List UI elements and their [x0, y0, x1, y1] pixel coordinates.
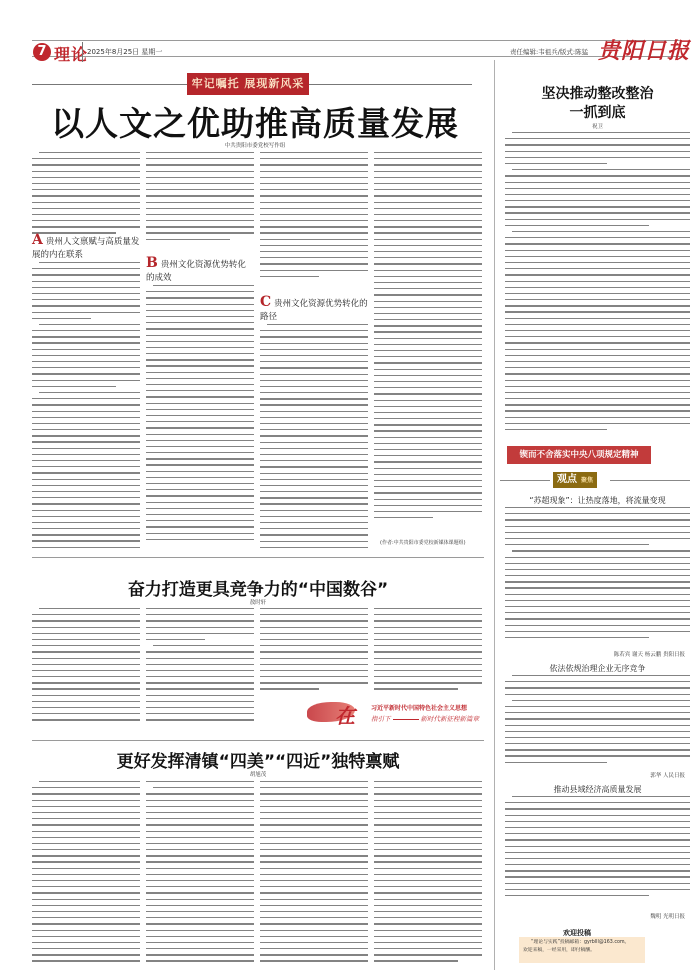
qingzhen-col1	[32, 781, 140, 971]
viewpoint-article3-title: 推动县域经济高质量发展	[505, 784, 690, 795]
viewpoint-article3-authors: 魏明 光明日报	[505, 912, 685, 920]
viewpoint-article3-body	[505, 796, 690, 911]
digital-col2	[146, 608, 254, 723]
promo-banner: 在 习近平新时代中国特色社会主义思想 指引下新时代新征程新篇章	[305, 700, 495, 728]
viewpoint-article2-authors: 郭华 人民日报	[505, 771, 685, 779]
contribution-box: “理论与实践”投稿邮箱：gyrblll@163.com。 欢迎来稿，一经采用，即…	[519, 937, 645, 963]
issue-date: 2025年8月25日 星期一	[87, 47, 162, 57]
qingzhen-col4	[374, 781, 482, 971]
right-rail-divider	[494, 60, 495, 970]
lead-headline: 以人文之优助推高质量发展	[40, 98, 470, 145]
qingzhen-byline: 胡旭茂	[32, 770, 484, 778]
promo-line2: 指引下新时代新征程新篇章	[371, 714, 479, 723]
viewpoint-rule-right	[610, 480, 690, 481]
lead-subhead-c: C贵州文化资源优势转化的路径	[260, 294, 368, 324]
viewpoint-article1-authors: 陈若宾 谢天 杨云鹏 贵阳日报	[505, 650, 685, 658]
kicker-banner: 牢记嘱托 展现新风采	[187, 73, 309, 95]
viewpoint-article1-title: “苏超现象”：让热度落地，将流量变现	[505, 495, 690, 506]
masthead-separator	[82, 42, 83, 62]
viewpoint-rule-left	[500, 480, 550, 481]
right-article-headline-1: 坚决推动整改整治	[505, 83, 690, 103]
lead-col4-body	[374, 152, 482, 537]
lead-bottom-rule	[32, 557, 484, 558]
lead-col3-body	[260, 324, 368, 554]
right-article-byline: 祝卫	[505, 122, 690, 130]
viewpoint-tag: 观点聚焦	[553, 472, 597, 488]
lead-col3-top	[260, 152, 368, 292]
qingzhen-headline: 更好发挥清镇“四美”“四近”独特禀赋	[32, 747, 484, 772]
lead-col1-body	[32, 262, 140, 552]
promo-big-char: 在	[335, 700, 355, 729]
right-article-headline-2: 一抓到底	[505, 102, 690, 122]
right-article-body	[505, 132, 690, 437]
campaign-banner: 锲而不舍落实中央八项规定精神	[507, 446, 651, 464]
page-number-badge: 7	[33, 43, 51, 61]
contribution-note-line: 欢迎来稿，一经采用，即付稿酬。	[523, 947, 641, 955]
digital-byline: 敖时轩	[32, 598, 484, 606]
lead-closing-note: (作者:中共贵阳市委党校新媒体课题组)	[380, 539, 466, 546]
viewpoint-article1-body	[505, 507, 690, 647]
lead-col2-top	[146, 152, 254, 252]
contribution-email-line: “理论与实践”投稿邮箱：gyrblll@163.com。	[523, 939, 641, 947]
digital-col4	[374, 608, 482, 696]
editor-credit: 责任编辑:韦祖兵/版式:陈猛	[510, 47, 588, 56]
lead-subhead-a: A贵州人文禀赋与高质量发展的内在联系	[32, 232, 140, 262]
qingzhen-col2	[146, 781, 254, 971]
masthead-top-rule	[32, 40, 682, 41]
viewpoint-article2-body	[505, 675, 690, 770]
lead-col2-body	[146, 285, 254, 553]
digital-col3	[260, 608, 368, 696]
viewpoint-article2-title: 依法依规治理企业无序竞争	[505, 663, 690, 674]
digital-bottom-rule	[32, 740, 484, 741]
promo-line1: 习近平新时代中国特色社会主义思想	[371, 703, 467, 712]
newspaper-logo: 贵阳日报	[598, 34, 690, 65]
digital-col1	[32, 608, 140, 723]
lead-byline: 中共贵阳市委党校写作组	[40, 141, 470, 149]
lead-subhead-b: B贵州文化资源优势转化的成效	[146, 255, 254, 285]
digital-headline: 奋力打造更具竞争力的“中国数谷”	[32, 575, 484, 600]
qingzhen-col3	[260, 781, 368, 971]
